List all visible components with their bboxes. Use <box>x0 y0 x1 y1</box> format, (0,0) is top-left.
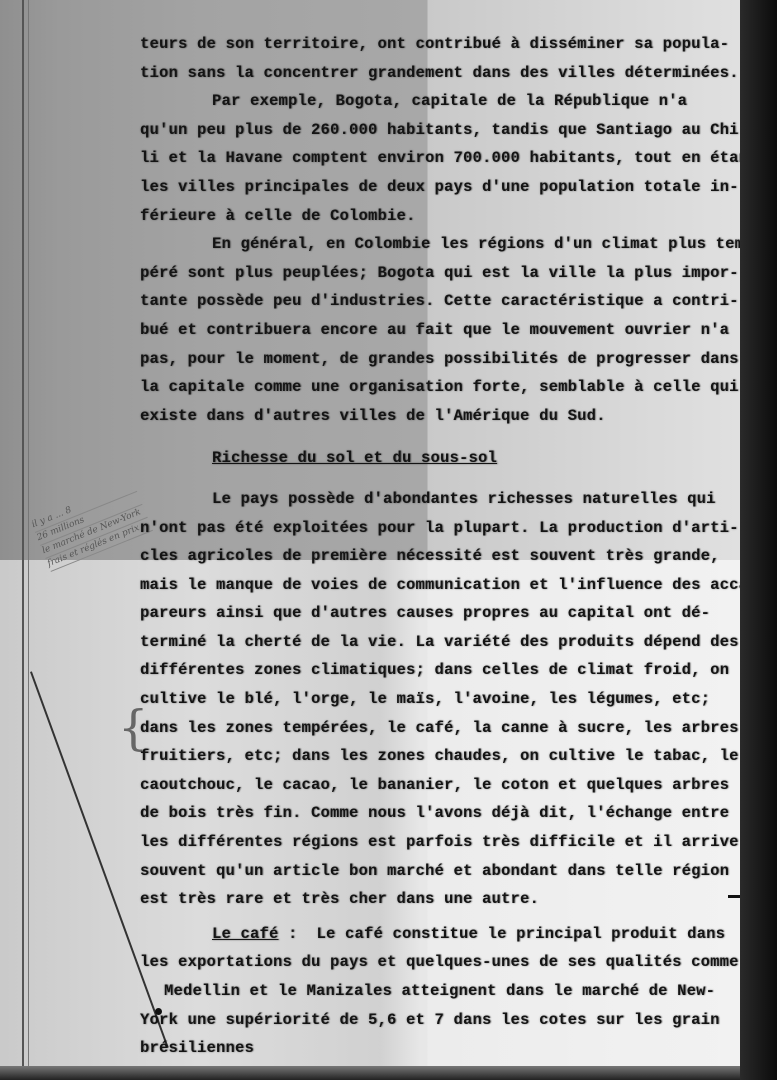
text-line: brésiliennes <box>140 1034 720 1063</box>
text-line: qu'un peu plus de 260.000 habitants, tan… <box>140 116 720 145</box>
text-line: férieure à celle de Colombie. <box>140 202 720 231</box>
text-line: mais le manque de voies de communication… <box>140 571 720 600</box>
text-line: les différentes régions est parfois très… <box>140 828 720 857</box>
text-line: En général, en Colombie les régions d'un… <box>140 230 720 259</box>
text-line: souvent qu'un article bon marché et abon… <box>140 857 720 886</box>
text-line: Medellin et le Manizales atteignent dans… <box>140 977 720 1006</box>
scan-artifact-line <box>28 0 29 1080</box>
text-line: li et la Havane comptent environ 700.000… <box>140 144 720 173</box>
text-line: Par exemple, Bogota, capitale de la Répu… <box>140 87 720 116</box>
text-line: terminé la cherté de la vie. La variété … <box>140 628 720 657</box>
text-line: York une supériorité de 5,6 et 7 dans le… <box>140 1006 720 1035</box>
cafe-separator: : <box>279 925 298 943</box>
text-line: n'ont pas été exploitées pour la plupart… <box>140 514 720 543</box>
text-line: fruitiers, etc; dans les zones chaudes, … <box>140 742 720 771</box>
text-line: caoutchouc, le cacao, le bananier, le co… <box>140 771 720 800</box>
text-line: bué et contribuera encore au fait que le… <box>140 316 720 345</box>
text-line: péré sont plus peuplées; Bogota qui est … <box>140 259 720 288</box>
text-line: cultive le blé, l'orge, le maïs, l'avoin… <box>140 685 720 714</box>
text-line: pas, pour le moment, de grandes possibil… <box>140 345 720 374</box>
text-line: est très rare et très cher dans une autr… <box>140 885 720 914</box>
text-line: dans les zones tempérées, le café, la ca… <box>140 714 720 743</box>
scanned-page: il y a ... 8 26 millions le marché de Ne… <box>0 0 745 1080</box>
typed-text-body: teurs de son territoire, ont contribué à… <box>140 30 720 1063</box>
text-line: cles agricoles de première nécessité est… <box>140 542 720 571</box>
section-heading: Richesse du sol et du sous-sol <box>140 444 720 473</box>
text-line: la capitale comme une organisation forte… <box>140 373 720 402</box>
cafe-subheading: Le café <box>212 925 279 943</box>
cafe-paragraph-first-line: Le café : Le café constitue le principal… <box>140 920 720 949</box>
scanner-background <box>740 0 777 1080</box>
text-line: pareurs ainsi que d'autres causes propre… <box>140 599 720 628</box>
handwritten-margin-note: il y a ... 8 26 millions le marché de Ne… <box>30 479 153 572</box>
text-line: Le pays possède d'abondantes richesses n… <box>140 485 720 514</box>
cafe-first-line-text: Le café constitue le principal produit d… <box>298 925 726 943</box>
text-line: de bois très fin. Comme nous l'avons déj… <box>140 799 720 828</box>
paragraphs-after-heading: Le pays possède d'abondantes richesses n… <box>140 485 720 914</box>
paragraphs-before-heading: teurs de son territoire, ont contribué à… <box>140 30 720 430</box>
text-line: les villes principales de deux pays d'un… <box>140 173 720 202</box>
text-line: tion sans la concentrer grandement dans … <box>140 59 720 88</box>
page-bottom-edge <box>0 1066 745 1080</box>
text-line: tante possède peu d'industries. Cette ca… <box>140 287 720 316</box>
text-line: différentes zones climatiques; dans cell… <box>140 656 720 685</box>
text-line: existe dans d'autres villes de l'Amériqu… <box>140 402 720 431</box>
text-line: teurs de son territoire, ont contribué à… <box>140 30 720 59</box>
scan-artifact-line <box>22 0 24 1080</box>
text-line: les exportations du pays et quelques-une… <box>140 948 720 977</box>
